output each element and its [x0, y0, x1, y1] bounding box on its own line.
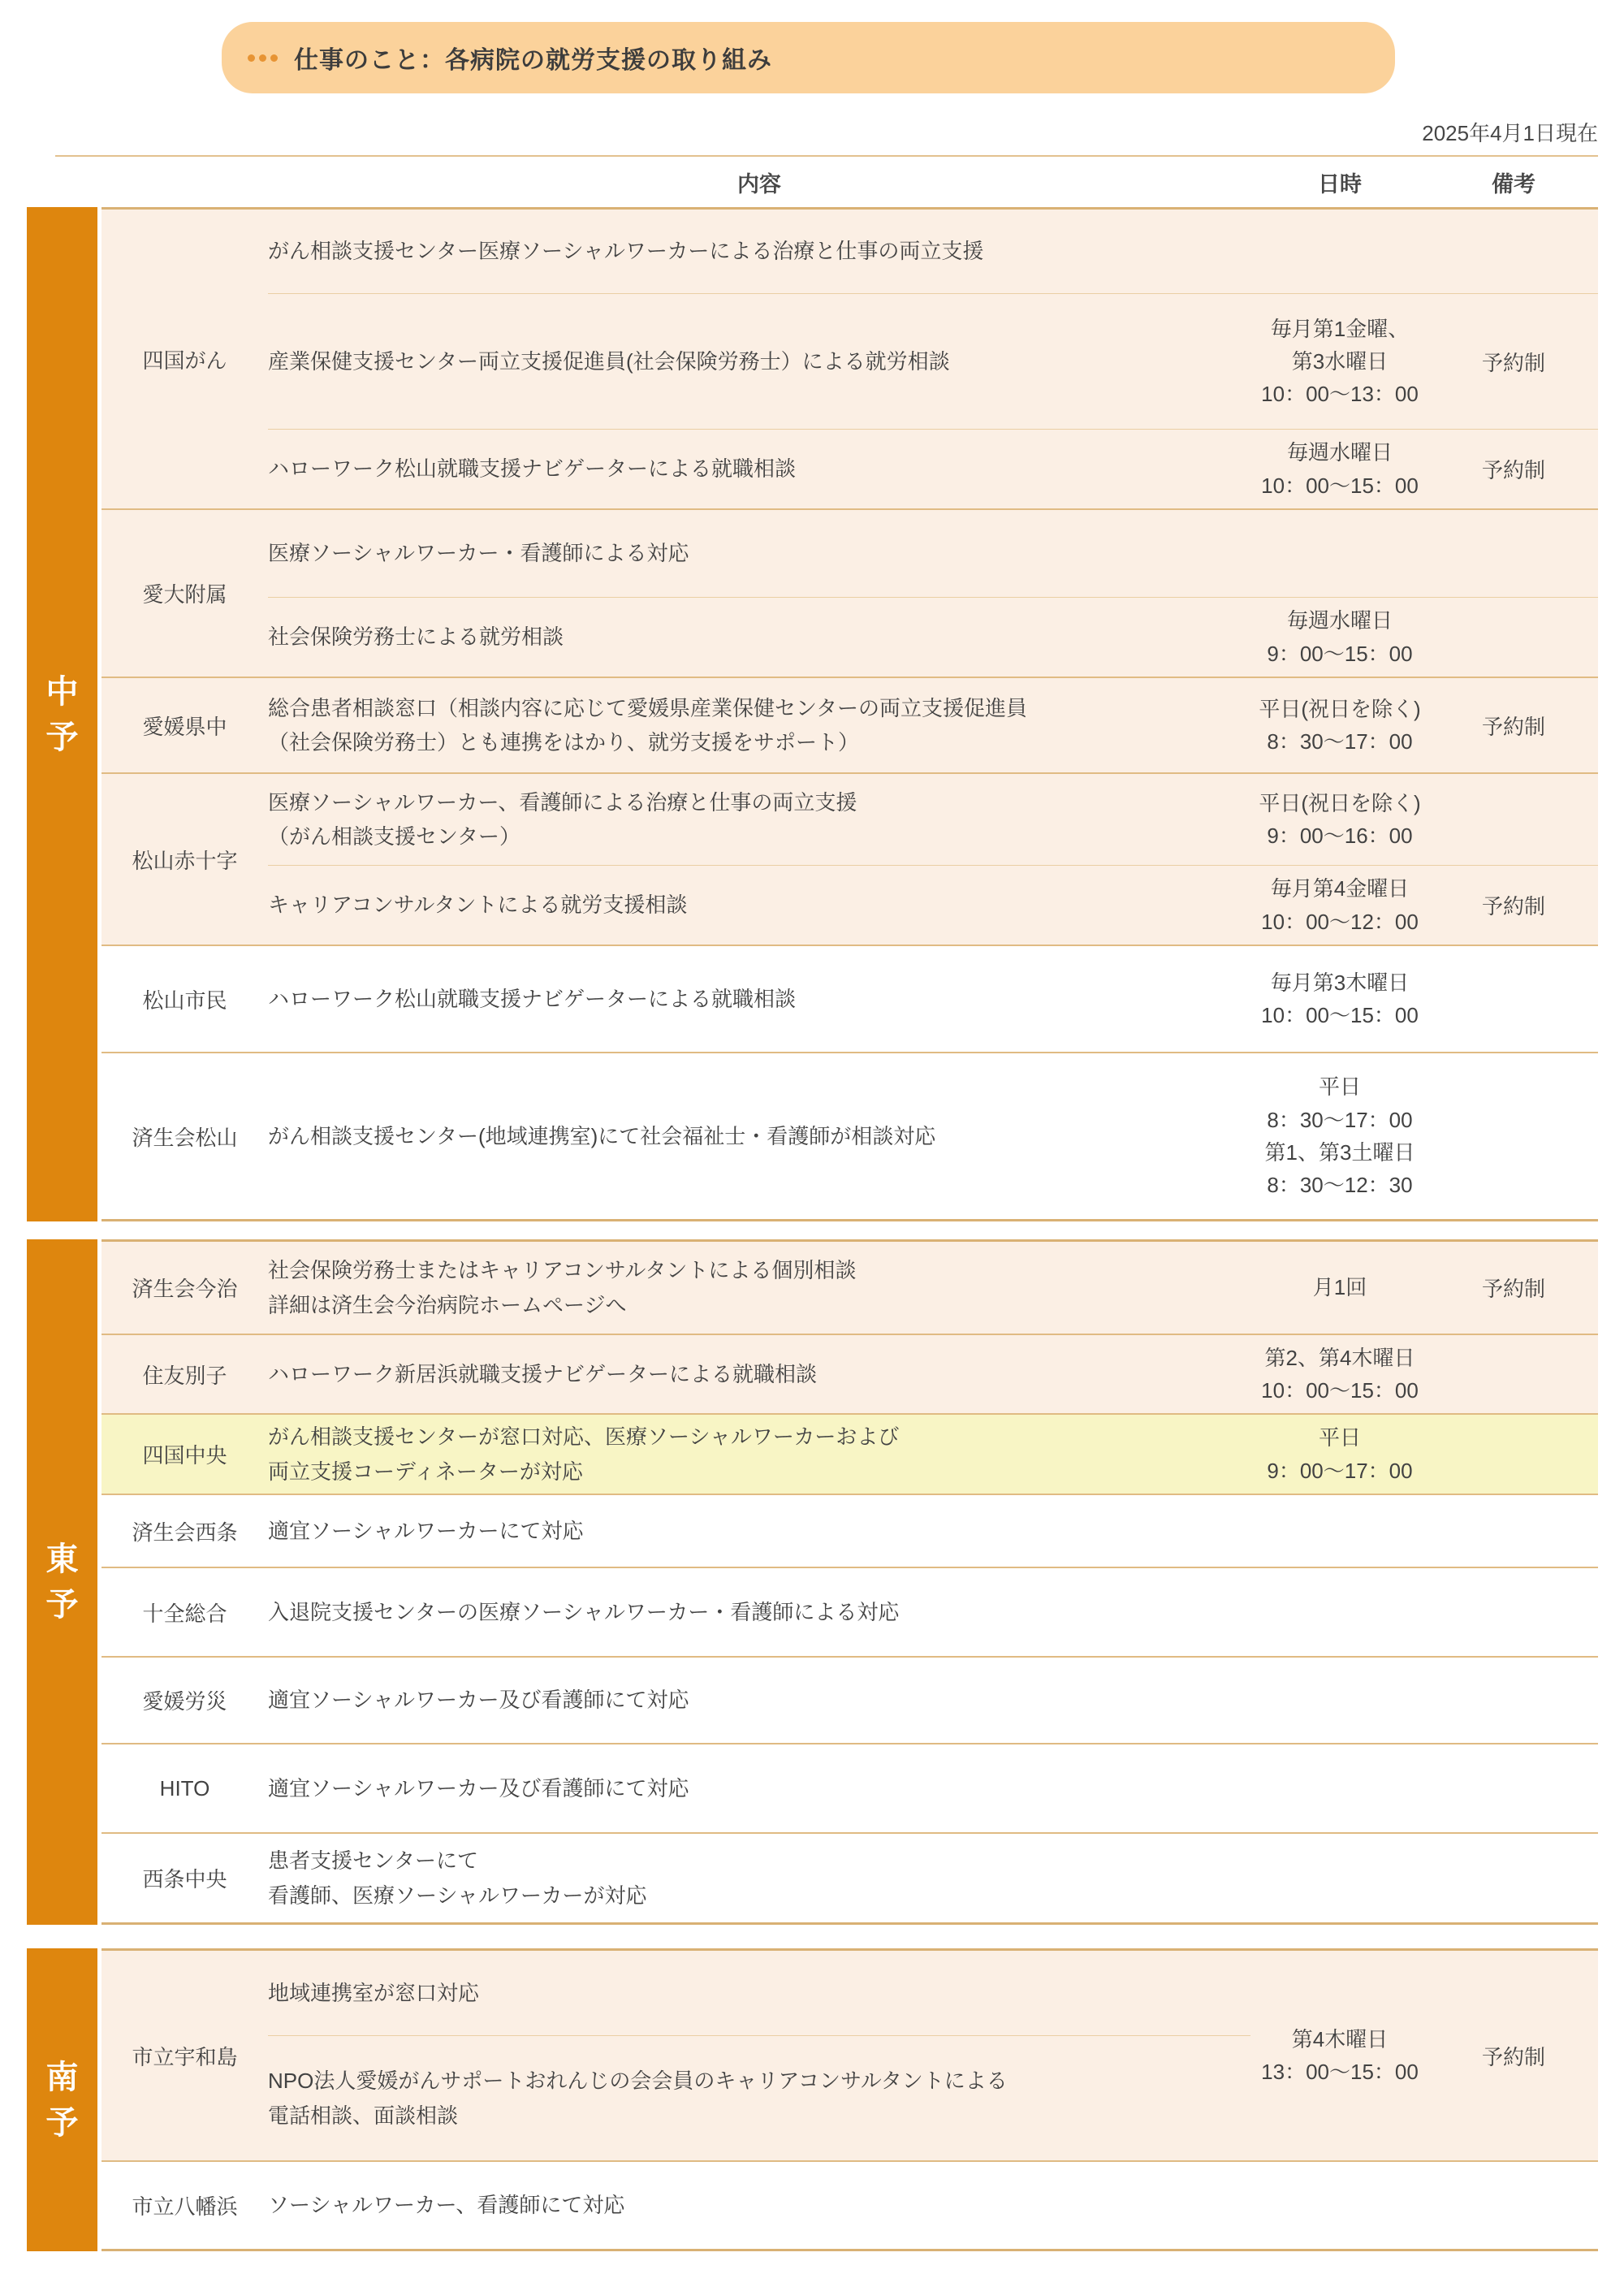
hospital-group-saiseikai-imabari: 済生会今治 社会保険労務士またはキャリアコンサルタントによる個別相談 詳細は済生…: [101, 1242, 1598, 1334]
datetime-line: 8：30～17：00: [1267, 725, 1412, 758]
table-row: 入退院支援センターの医療ソーシャルワーカー・看護師による対応: [268, 1568, 1598, 1656]
table-row: 産業保健支援センター両立支援促進員(社会保険労務士）による就労相談 毎月第1金曜…: [268, 293, 1598, 429]
datetime-line: 平日: [1319, 1070, 1361, 1103]
region-label: 中: [46, 676, 79, 708]
hospital-group-saijo-chuo: 西条中央 患者支援センターにて 看護師、医療ソーシャルワーカーが対応: [101, 1832, 1598, 1922]
remarks-text: 予約制: [1429, 865, 1598, 945]
hospital-group-matsuyama-sekijuji: 松山赤十字 医療ソーシャルワーカー、看護師による治療と仕事の両立支援 （がん相談…: [101, 772, 1598, 945]
table-row: 社会保険労務士またはキャリアコンサルタントによる個別相談 詳細は済生会今治病院ホ…: [268, 1242, 1598, 1334]
hospital-name: 愛媛県中: [101, 678, 268, 772]
table-chuyo: 四国がん がん相談支援センター医療ソーシャルワーカーによる治療と仕事の両立支援 …: [101, 207, 1598, 1221]
column-header-content: 内容: [268, 166, 1250, 198]
hospital-group-shiritsu-uwajima: 市立宇和島 地域連携室が窓口対応 NPO法人愛媛がんサポートおれんじの会会員のキ…: [101, 1951, 1598, 2160]
datetime-line: 月1回: [1313, 1271, 1367, 1303]
section-toyo: 東 予 済生会今治 社会保険労務士またはキャリアコンサルタントによる個別相談 詳…: [27, 1239, 1624, 1925]
content-line: 総合患者相談窓口（相談内容に応じて愛媛県産業保健センターの両立支援促進員: [268, 691, 1250, 725]
table-row: がん相談支援センター医療ソーシャルワーカーによる治療と仕事の両立支援: [268, 210, 1598, 293]
content-line: 患者支援センターにて: [268, 1844, 1250, 1878]
hospital-group-ehime-kenchu: 愛媛県中 総合患者相談窓口（相談内容に応じて愛媛県産業保健センターの両立支援促進…: [101, 677, 1598, 772]
region-label: 予: [46, 1589, 79, 1621]
table-row: 医療ソーシャルワーカー、看護師による治療と仕事の両立支援 （がん相談支援センター…: [268, 774, 1598, 865]
hospital-name: 済生会西条: [101, 1495, 268, 1567]
datetime-line: 第2、第4木曜日: [1265, 1342, 1415, 1374]
region-label: 予: [46, 721, 79, 754]
content-line: NPO法人愛媛がんサポートおれんじの会会員のキャリアコンサルタントによる: [268, 2064, 1250, 2098]
region-bar-toyo: 東 予: [27, 1239, 97, 1925]
hospital-name: 松山赤十字: [101, 774, 268, 945]
table-row: がん相談支援センター(地域連携室)にて社会福祉士・看護師が相談対応 平日 8：3…: [268, 1053, 1598, 1219]
datetime-line: 平日(祝日を除く): [1259, 787, 1420, 819]
table-row: がん相談支援センターが窓口対応、医療ソーシャルワーカーおよび 両立支援コーディネ…: [268, 1415, 1598, 1494]
hospital-name: HITO: [101, 1744, 268, 1832]
content-line: ソーシャルワーカー、看護師にて対応: [268, 2188, 1250, 2222]
hospital-group-matsuyama-shimin: 松山市民 ハローワーク松山就職支援ナビゲーターによる就職相談 毎月第3木曜日 1…: [101, 945, 1598, 1052]
hospital-name: 住友別子: [101, 1335, 268, 1413]
date-note: 2025年4月1日現在: [0, 118, 1598, 149]
content-line: ハローワーク松山就職支援ナビゲーターによる就職相談: [268, 452, 1250, 486]
remarks-text: 予約制: [1429, 429, 1598, 508]
ellipsis-icon: [248, 54, 278, 62]
table-row: キャリアコンサルタントによる就労支援相談 毎月第4金曜日 10：00～12：00…: [268, 865, 1598, 945]
hospital-name: 四国中央: [101, 1415, 268, 1494]
datetime-cell: 第4木曜日 13：00～15：00: [1250, 1951, 1429, 2160]
datetime-line: 10：00～15：00: [1261, 999, 1419, 1031]
datetime-line: 毎週水曜日: [1287, 436, 1393, 469]
datetime-line: 8：30～17：00: [1267, 1104, 1412, 1136]
title-pill: 仕事のこと：各病院の就労支援の取り組み: [222, 22, 1395, 93]
hospital-group-ehime-rosai: 愛媛労災 適宜ソーシャルワーカー及び看護師にて対応: [101, 1656, 1598, 1743]
content-line: 社会保険労務士またはキャリアコンサルタントによる個別相談: [268, 1253, 1250, 1287]
hospital-group-aidai-fuzoku: 愛大附属 医療ソーシャルワーカー・看護師による対応 社会保険労務士による就労相談…: [101, 508, 1598, 677]
hospital-group-hito: HITO 適宜ソーシャルワーカー及び看護師にて対応: [101, 1743, 1598, 1832]
hospital-group-shikoku-chuo: 四国中央 がん相談支援センターが窓口対応、医療ソーシャルワーカーおよび 両立支援…: [101, 1413, 1598, 1494]
section-nanyo: 南 予 市立宇和島 地域連携室が窓口対応 NPO法人愛媛がんサポートおれんじの会…: [27, 1948, 1624, 2251]
content-line: キャリアコンサルタントによる就労支援相談: [268, 888, 1250, 922]
hospital-name: 愛媛労災: [101, 1658, 268, 1743]
table-row: ソーシャルワーカー、看護師にて対応: [268, 2162, 1598, 2249]
content-line: 両立支援コーディネーターが対応: [268, 1455, 1250, 1489]
hospital-name: 済生会今治: [101, 1242, 268, 1334]
content-line: がん相談支援センターが窓口対応、医療ソーシャルワーカーおよび: [268, 1420, 1250, 1454]
hospital-name: 済生会松山: [101, 1053, 268, 1219]
column-header-remarks: 備考: [1429, 166, 1598, 198]
table-header-row: 内容 日時 備考: [101, 157, 1598, 207]
datetime-line: 第1、第3土曜日: [1265, 1136, 1415, 1169]
content-line: 社会保険労務士による就労相談: [268, 620, 1250, 654]
datetime-line: 10：00～13：00: [1261, 378, 1419, 410]
column-header-datetime: 日時: [1250, 166, 1429, 198]
hospital-name: 市立八幡浜: [101, 2162, 268, 2249]
datetime-line: 10：00～12：00: [1261, 906, 1419, 938]
content-line: ハローワーク新居浜就職支援ナビゲーターによる就職相談: [268, 1357, 1250, 1391]
table-row: 社会保険労務士による就労相談 毎週水曜日 9：00～15：00: [268, 597, 1598, 677]
hospital-group-sumitomo-besshi: 住友別子 ハローワーク新居浜就職支援ナビゲーターによる就職相談 第2、第4木曜日…: [101, 1334, 1598, 1413]
page-title: 仕事のこと：各病院の就労支援の取り組み: [294, 40, 772, 76]
datetime-line: 平日(祝日を除く): [1259, 693, 1420, 725]
datetime-line: 第3水曜日: [1292, 345, 1388, 378]
region-label: 南: [46, 2061, 79, 2094]
hospital-group-saiseikai-saijo: 済生会西条 適宜ソーシャルワーカーにて対応: [101, 1494, 1598, 1567]
datetime-line: 9：00～17：00: [1267, 1455, 1412, 1487]
hospital-name: 市立宇和島: [101, 1951, 268, 2160]
content-line: 適宜ソーシャルワーカー及び看護師にて対応: [268, 1683, 1250, 1717]
content-line: （がん相談支援センター）: [268, 819, 1250, 854]
hospital-name: 西条中央: [101, 1834, 268, 1922]
datetime-line: 毎月第3木曜日: [1271, 966, 1409, 999]
content-line: 看護師、医療ソーシャルワーカーが対応: [268, 1878, 1250, 1913]
table-row: 適宜ソーシャルワーカー及び看護師にて対応: [268, 1658, 1598, 1743]
hospital-name: 愛大附属: [101, 510, 268, 677]
datetime-line: 10：00～15：00: [1261, 469, 1419, 502]
datetime-line: 9：00～16：00: [1267, 819, 1412, 852]
table-toyo: 済生会今治 社会保険労務士またはキャリアコンサルタントによる個別相談 詳細は済生…: [101, 1239, 1598, 1925]
datetime-line: 8：30～12：30: [1267, 1169, 1412, 1201]
datetime-line: 第4木曜日: [1292, 2023, 1388, 2056]
hospital-group-juzen-sogo: 十全総合 入退院支援センターの医療ソーシャルワーカー・看護師による対応: [101, 1567, 1598, 1656]
remarks-text: 予約制: [1429, 293, 1598, 429]
table-row: 医療ソーシャルワーカー・看護師による対応: [268, 510, 1598, 597]
datetime-line: 毎月第1金曜、: [1271, 313, 1409, 345]
region-bar-nanyo: 南 予: [27, 1948, 97, 2251]
content-line: 適宜ソーシャルワーカーにて対応: [268, 1514, 1250, 1548]
datetime-line: 10：00～15：00: [1261, 1374, 1419, 1407]
hospital-name: 十全総合: [101, 1568, 268, 1656]
content-line: 地域連携室が窓口対応: [268, 1976, 1250, 2010]
table-row: NPO法人愛媛がんサポートおれんじの会会員のキャリアコンサルタントによる 電話相…: [268, 2035, 1250, 2160]
hospital-name: 四国がん: [101, 210, 268, 508]
remarks-text: 予約制: [1429, 678, 1598, 772]
hospital-group-shiritsu-yawatahama: 市立八幡浜 ソーシャルワーカー、看護師にて対応: [101, 2160, 1598, 2249]
table-row: 適宜ソーシャルワーカーにて対応: [268, 1495, 1598, 1567]
datetime-line: 9：00～15：00: [1267, 638, 1412, 670]
content-line: （社会保険労務士）とも連携をはかり、就労支援をサポート）: [268, 725, 1250, 759]
table-row: 適宜ソーシャルワーカー及び看護師にて対応: [268, 1744, 1598, 1832]
datetime-line: 13：00～15：00: [1261, 2056, 1419, 2088]
content-line: 詳細は済生会今治病院ホームページへ: [268, 1288, 1250, 1322]
table-row: 総合患者相談窓口（相談内容に応じて愛媛県産業保健センターの両立支援促進員 （社会…: [268, 678, 1598, 772]
content-line: がん相談支援センター(地域連携室)にて社会福祉士・看護師が相談対応: [268, 1119, 1250, 1153]
content-line: 産業保健支援センター両立支援促進員(社会保険労務士）による就労相談: [268, 344, 1250, 378]
table-row: ハローワーク松山就職支援ナビゲーターによる就職相談 毎週水曜日 10：00～15…: [268, 429, 1598, 508]
content-line: ハローワーク松山就職支援ナビゲーターによる就職相談: [268, 982, 1250, 1016]
hospital-name: 松山市民: [101, 946, 268, 1052]
datetime-line: 平日: [1319, 1421, 1361, 1454]
region-bar-chuyo: 中 予: [27, 207, 97, 1221]
region-label: 予: [46, 2107, 79, 2139]
datetime-line: 毎月第4金曜日: [1271, 872, 1409, 905]
table-row: 患者支援センターにて 看護師、医療ソーシャルワーカーが対応: [268, 1834, 1598, 1922]
content-line: がん相談支援センター医療ソーシャルワーカーによる治療と仕事の両立支援: [268, 234, 1250, 268]
content-line: 電話相談、面談相談: [268, 2099, 1250, 2133]
region-label: 東: [46, 1543, 79, 1576]
datetime-line: 毎週水曜日: [1287, 604, 1393, 637]
hospital-group-saiseikai-matsuyama: 済生会松山 がん相談支援センター(地域連携室)にて社会福祉士・看護師が相談対応 …: [101, 1052, 1598, 1219]
table-row: ハローワーク新居浜就職支援ナビゲーターによる就職相談 第2、第4木曜日 10：0…: [268, 1335, 1598, 1413]
table-row: ハローワーク松山就職支援ナビゲーターによる就職相談 毎月第3木曜日 10：00～…: [268, 946, 1598, 1052]
content-line: 適宜ソーシャルワーカー及び看護師にて対応: [268, 1771, 1250, 1805]
content-line: 入退院支援センターの医療ソーシャルワーカー・看護師による対応: [268, 1595, 1250, 1629]
table-nanyo: 市立宇和島 地域連携室が窓口対応 NPO法人愛媛がんサポートおれんじの会会員のキ…: [101, 1948, 1598, 2251]
section-chuyo: 中 予 四国がん がん相談支援センター医療ソーシャルワーカーによる治療と仕事の両…: [27, 207, 1624, 1221]
content-line: 医療ソーシャルワーカー、看護師による治療と仕事の両立支援: [268, 785, 1250, 819]
hospital-group-shikoku-gan: 四国がん がん相談支援センター医療ソーシャルワーカーによる治療と仕事の両立支援 …: [101, 210, 1598, 508]
remarks-text: 予約制: [1429, 1242, 1598, 1334]
remarks-text: 予約制: [1429, 1951, 1598, 2160]
content-line: 医療ソーシャルワーカー・看護師による対応: [268, 536, 1250, 570]
table-row: 地域連携室が窓口対応: [268, 1951, 1250, 2035]
